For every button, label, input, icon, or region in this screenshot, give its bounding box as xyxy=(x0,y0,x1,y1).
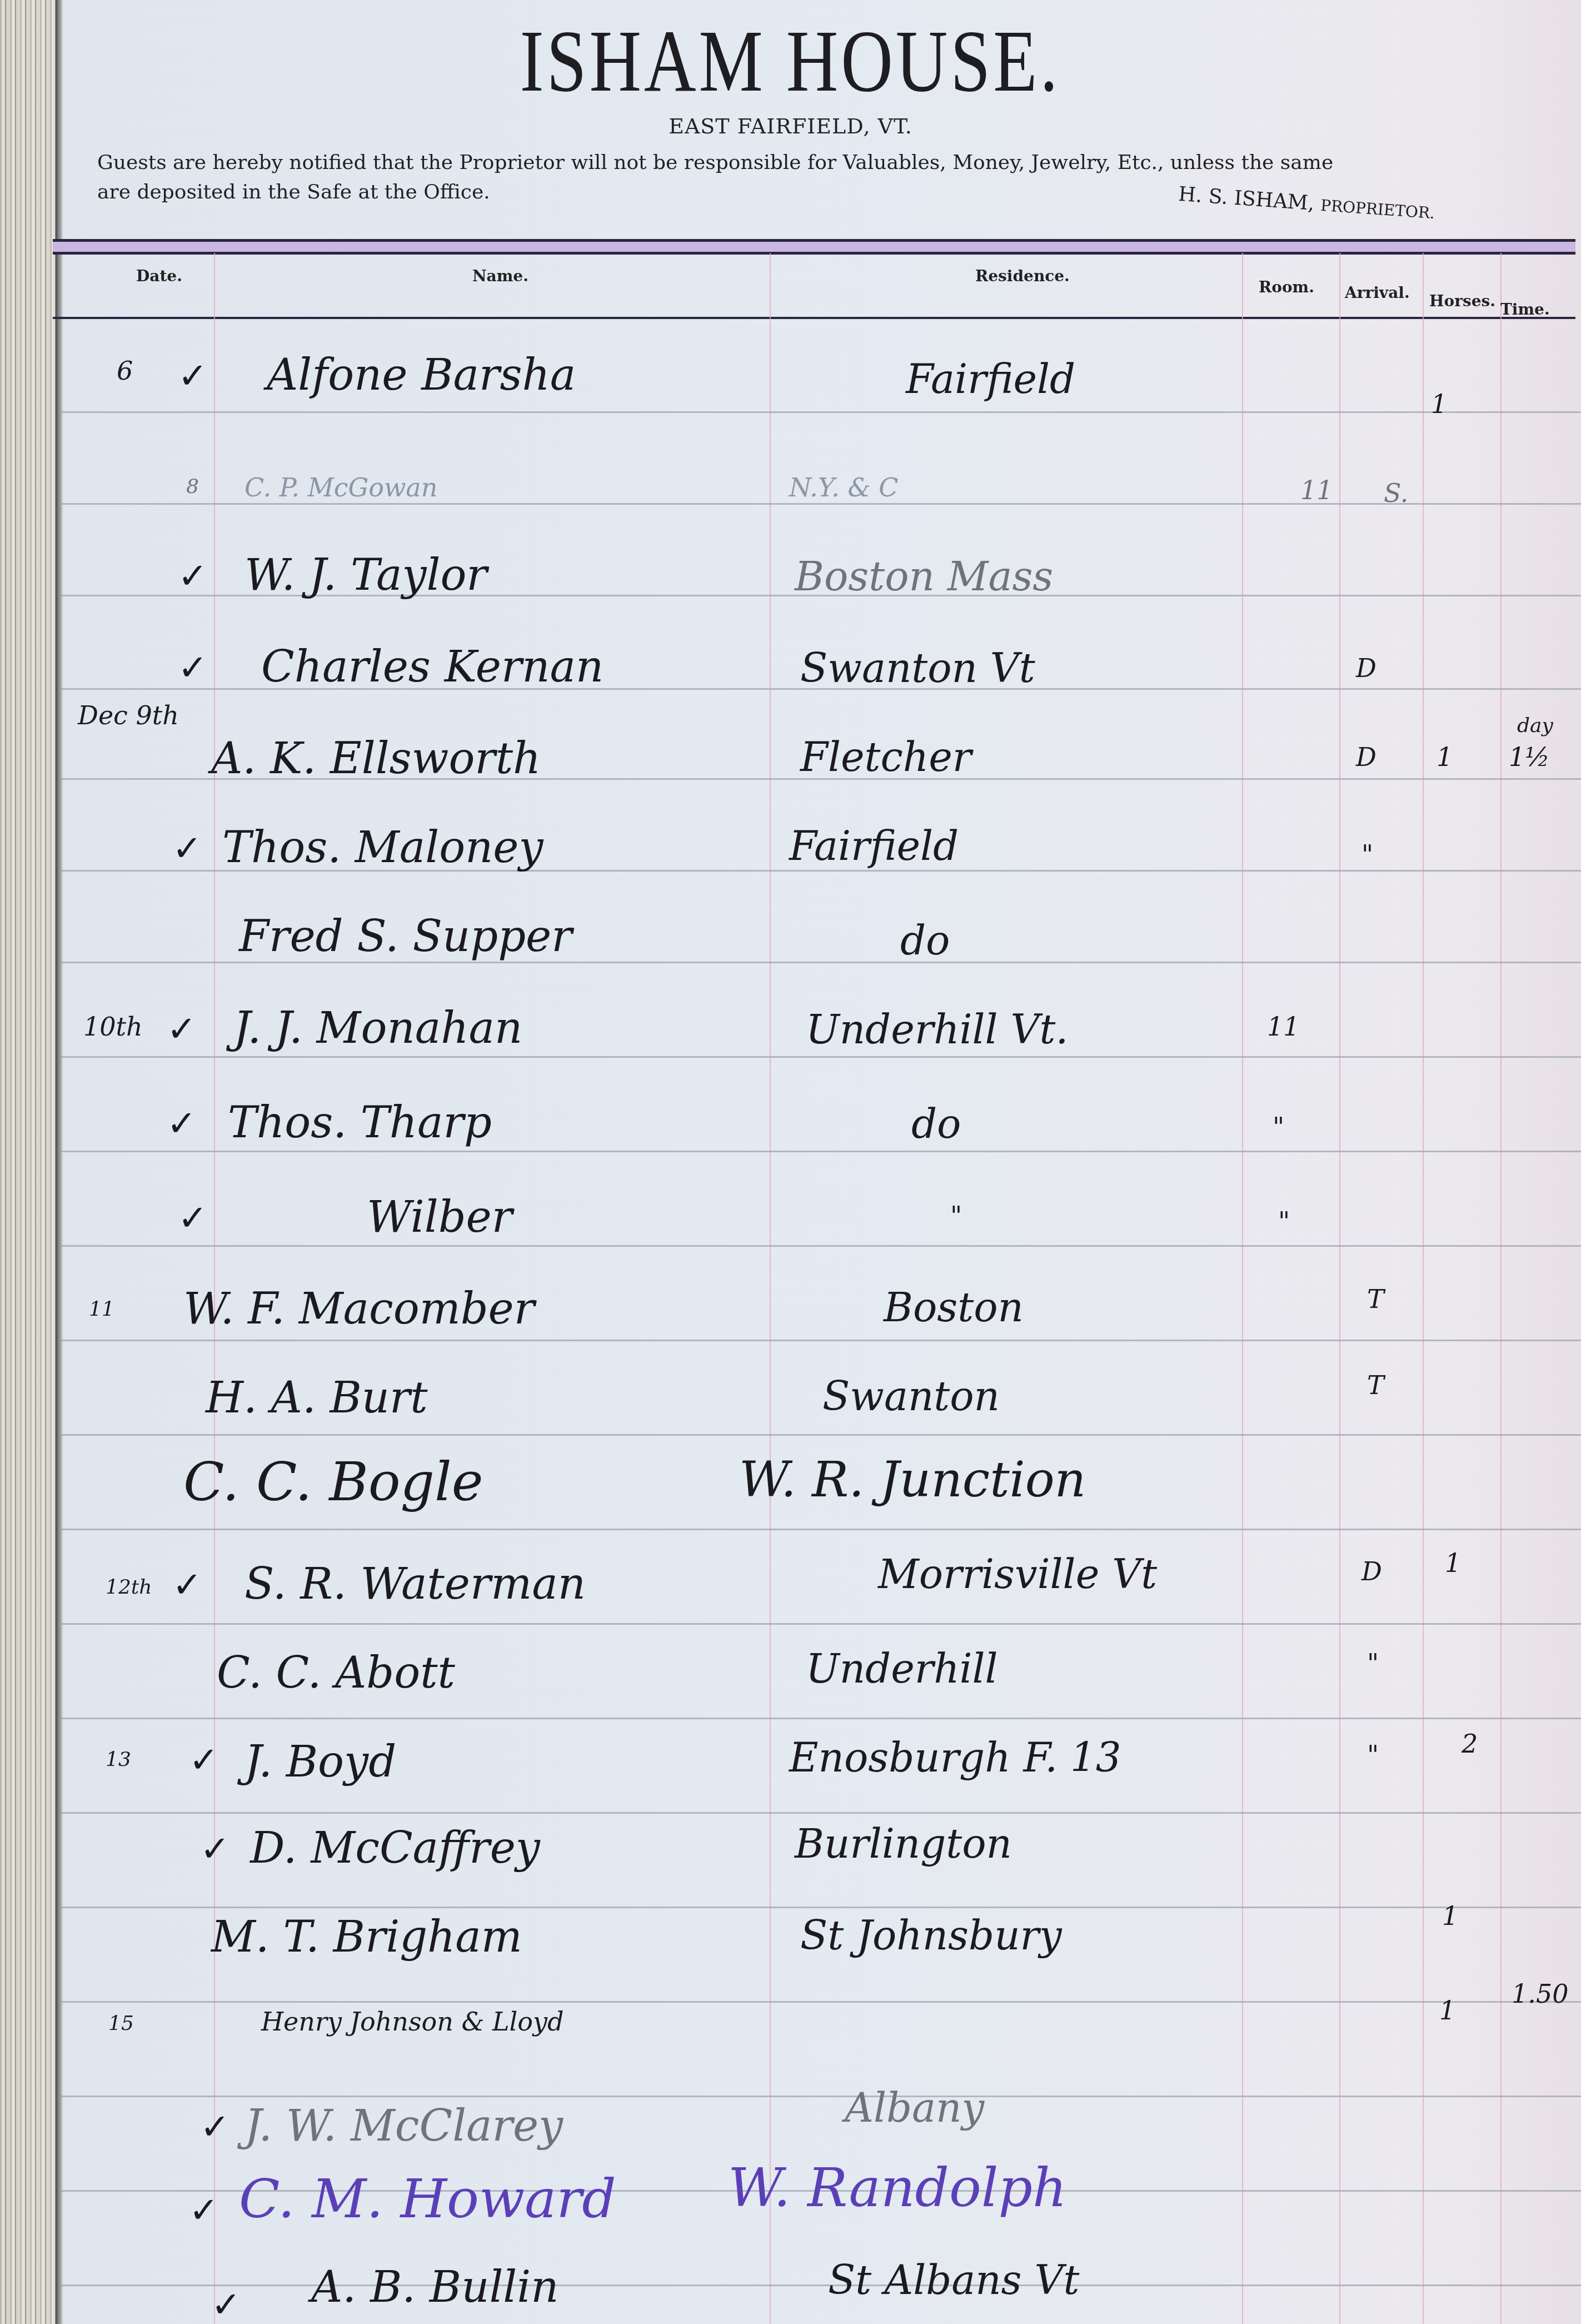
book-binding xyxy=(0,0,61,2324)
column-header-room: Room. xyxy=(1259,278,1314,296)
checkmark-icon: ✓ xyxy=(200,2107,230,2148)
column-divider xyxy=(770,253,771,2324)
entry-date: 13 xyxy=(106,1748,131,1771)
checkmark-icon: ✓ xyxy=(178,648,208,689)
guest-name: J. Boyd xyxy=(245,1737,396,1787)
entry-room: 11 xyxy=(1300,475,1333,505)
entry-arrival: " xyxy=(1367,1740,1379,1770)
entry-arrival: T xyxy=(1367,1370,1384,1400)
guest-residence: St Albans Vt xyxy=(828,2257,1079,2303)
column-divider xyxy=(1242,253,1243,2324)
checkmark-icon: ✓ xyxy=(172,1565,202,1606)
entry-room: " xyxy=(1273,1112,1284,1142)
guest-residence: Swanton xyxy=(822,1373,1000,1420)
checkmark-icon: ✓ xyxy=(178,1198,208,1239)
checkmark-icon: ✓ xyxy=(189,1740,219,1781)
notice-line-1: Guests are hereby notified that the Prop… xyxy=(97,149,1542,177)
guest-name: J. J. Monahan xyxy=(233,1003,522,1053)
ruled-line xyxy=(61,1056,1581,1058)
guest-name: S. R. Waterman xyxy=(245,1559,586,1609)
ruled-line xyxy=(61,2001,1581,2003)
guest-name: A. B. Bullin xyxy=(311,2262,558,2312)
guest-name: Thos. Maloney xyxy=(222,823,543,873)
proprietor-name: H. S. ISHAM, xyxy=(1178,183,1315,215)
column-header-residence: Residence. xyxy=(975,267,1070,285)
column-divider xyxy=(1500,253,1502,2324)
ruled-line xyxy=(61,2096,1581,2097)
entry-horses: 2 xyxy=(1462,1729,1478,1759)
entry-arrival: " xyxy=(1361,839,1373,869)
ruled-line xyxy=(61,2285,1581,2286)
entry-room: " xyxy=(1278,1206,1290,1236)
guest-name: A. K. Ellsworth xyxy=(211,734,541,784)
guest-residence: do xyxy=(900,917,950,964)
guest-residence: Morrisville Vt xyxy=(878,1551,1157,1598)
entry-arrival: S. xyxy=(1384,478,1409,508)
guest-residence: Boston Mass xyxy=(795,553,1053,600)
guest-residence: Fletcher xyxy=(800,734,971,780)
header-top-rule xyxy=(53,239,1575,255)
guest-residence: Underhill Vt. xyxy=(806,1006,1068,1053)
column-header-date: Date. xyxy=(136,267,182,285)
column-header-time: Time. xyxy=(1500,300,1550,319)
proprietor-signature: H. S. ISHAM, PROPRIETOR. xyxy=(1178,183,1435,223)
checkmark-icon: ✓ xyxy=(167,1009,197,1050)
guest-name: Wilber xyxy=(367,1192,512,1242)
entry-date: 6 xyxy=(117,356,133,386)
column-header-arrival: Arrival. xyxy=(1345,283,1410,302)
hotel-location: EAST FAIRFIELD, VT. xyxy=(0,114,1581,138)
entry-arrival: " xyxy=(1367,1648,1379,1678)
entry-time: 1½ xyxy=(1509,742,1550,772)
hotel-name: ISHAM HOUSE. xyxy=(142,11,1439,112)
header-bottom-rule xyxy=(53,317,1575,321)
guest-name: Alfone Barsha xyxy=(267,350,576,400)
ruled-line xyxy=(61,1434,1581,1436)
guest-name: Charles Kernan xyxy=(261,642,604,692)
checkmark-icon: ✓ xyxy=(178,356,208,397)
entry-horses: 1 xyxy=(1442,1901,1458,1931)
guest-name: C. C. Bogle xyxy=(183,1451,483,1513)
entry-horses: 1 xyxy=(1431,389,1447,419)
guest-name: C. M. Howard xyxy=(239,2168,616,2230)
entry-date: 10th xyxy=(83,1012,143,1042)
register-page: ISHAM HOUSE. EAST FAIRFIELD, VT. Guests … xyxy=(0,0,1581,2324)
entry-date: Dec 9th xyxy=(78,700,179,730)
column-header-name: Name. xyxy=(472,267,528,285)
guest-residence: Boston xyxy=(884,1284,1024,1331)
guest-name: W. F. Macomber xyxy=(183,1284,535,1334)
guest-name: D. McCaffrey xyxy=(250,1823,540,1873)
checkmark-icon: ✓ xyxy=(211,2285,241,2324)
checkmark-icon: ✓ xyxy=(172,828,202,869)
guest-name: C. C. Abott xyxy=(217,1648,455,1698)
entry-horses: 1 xyxy=(1445,1548,1461,1578)
guest-residence: Fairfield xyxy=(906,356,1075,402)
guest-residence: N.Y. & C xyxy=(789,472,898,502)
guest-residence: " xyxy=(950,1201,962,1231)
guest-residence: W. Randolph xyxy=(728,2157,1067,2219)
entry-date: 15 xyxy=(108,2012,134,2035)
entry-horses: 1 xyxy=(1437,742,1453,772)
guest-name: Henry Johnson & Lloyd xyxy=(261,2007,563,2037)
entry-horses: 1 xyxy=(1439,1995,1455,2026)
ruled-line xyxy=(61,1245,1581,1247)
guest-residence: Swanton Vt xyxy=(800,645,1035,691)
guest-name: W. J. Taylor xyxy=(245,550,487,600)
guest-residence: W. R. Junction xyxy=(739,1451,1086,1508)
guest-name: M. T. Brigham xyxy=(211,1912,522,1962)
ruled-line xyxy=(61,503,1581,505)
guest-name: H. A. Burt xyxy=(206,1373,428,1423)
column-header-horses: Horses. xyxy=(1429,292,1495,310)
checkmark-icon: ✓ xyxy=(178,556,208,597)
guest-name: J. W. McClarey xyxy=(245,2101,563,2151)
guest-residence: Underhill xyxy=(806,1645,998,1692)
entry-time: 1.50 xyxy=(1512,1979,1568,2009)
column-divider xyxy=(1339,253,1340,2324)
ruled-line xyxy=(61,1623,1581,1625)
entry-date: 11 xyxy=(89,1298,114,1321)
entry-room: 11 xyxy=(1267,1012,1300,1042)
guest-residence: Fairfield xyxy=(789,823,959,869)
entry-date: 12th xyxy=(106,1576,152,1599)
guest-residence: Burlington xyxy=(795,1820,1012,1867)
guest-name: C. P. McGowan xyxy=(245,472,437,502)
guest-name: Thos. Tharp xyxy=(228,1098,492,1148)
guest-residence: do xyxy=(911,1101,961,1147)
column-divider xyxy=(1423,253,1424,2324)
checkmark-icon: ✓ xyxy=(200,1829,230,1870)
ruled-line xyxy=(61,1151,1581,1152)
ruled-line xyxy=(61,962,1581,963)
checkmark-icon: ✓ xyxy=(167,1103,197,1144)
ruled-line xyxy=(61,1340,1581,1341)
guest-residence: Albany xyxy=(845,2084,984,2131)
entry-time-note: day xyxy=(1517,714,1553,737)
guest-residence: St Johnsbury xyxy=(800,1912,1062,1959)
ruled-line xyxy=(61,1907,1581,1908)
proprietor-title: PROPRIETOR. xyxy=(1320,196,1435,222)
ruled-line xyxy=(61,1529,1581,1530)
entry-date: 8 xyxy=(186,475,199,498)
guest-residence: Enosburgh F. 13 xyxy=(789,1734,1121,1781)
entry-arrival: D xyxy=(1361,1556,1382,1586)
entry-arrival: D xyxy=(1356,653,1376,683)
ruled-line xyxy=(61,411,1581,413)
entry-arrival: T xyxy=(1367,1284,1384,1314)
checkmark-icon: ✓ xyxy=(189,2190,219,2231)
notice-line-2: are deposited in the Safe at the Office. xyxy=(97,181,490,203)
guest-name: Fred S. Supper xyxy=(239,912,572,962)
ruled-line xyxy=(61,1718,1581,1719)
ruled-line xyxy=(61,1812,1581,1814)
entry-arrival: D xyxy=(1356,742,1376,772)
